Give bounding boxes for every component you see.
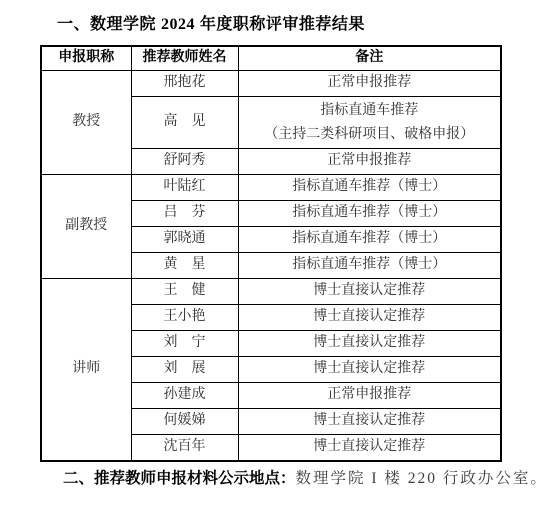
note-cell: 指标直通车推荐 （主持二类科研项目、破格申报） <box>238 97 501 149</box>
note-line-1: 指标直通车推荐 <box>239 99 501 123</box>
teacher-name-cell: 黄 星 <box>131 253 238 279</box>
note-cell: 博士直接认定推荐 <box>238 331 501 357</box>
note-cell: 正常申报推荐 <box>238 383 501 409</box>
teacher-name-cell: 王 健 <box>131 279 238 305</box>
teacher-name-cell: 孙建成 <box>131 383 238 409</box>
table-row: 讲师 王 健 博士直接认定推荐 <box>41 279 501 305</box>
column-header-teacher-name: 推荐教师姓名 <box>131 46 238 71</box>
note-cell: 指标直通车推荐（博士） <box>238 201 501 227</box>
publicity-location-line: 二、推荐教师申报材料公示地点：数理学院 I 楼 220 行政办公室。 <box>63 466 541 488</box>
position-cell-professor: 教授 <box>41 71 131 175</box>
note-cell: 博士直接认定推荐 <box>238 409 501 435</box>
teacher-name-cell: 舒阿秀 <box>131 149 238 175</box>
teacher-name-cell: 叶陆红 <box>131 175 238 201</box>
table-row: 教授 邢抱花 正常申报推荐 <box>41 71 501 97</box>
publicity-location-value: 数理学院 I 楼 220 行政办公室。 <box>296 470 541 487</box>
note-cell: 博士直接认定推荐 <box>238 279 501 305</box>
page-title-suffix: 年度职称评审推荐结果 <box>195 16 365 33</box>
note-cell: 博士直接认定推荐 <box>238 435 501 462</box>
table-header-row: 申报职称 推荐教师姓名 备注 <box>41 46 501 71</box>
note-cell: 指标直通车推荐（博士） <box>238 175 501 201</box>
note-cell: 正常申报推荐 <box>238 149 501 175</box>
teacher-name-cell: 吕 芬 <box>131 201 238 227</box>
note-cell: 指标直通车推荐（博士） <box>238 253 501 279</box>
teacher-name-cell: 刘 宁 <box>131 331 238 357</box>
document-page: 一、数理学院 2024 年度职称评审推荐结果 申报职称 推荐教师姓名 备注 教授… <box>0 0 541 506</box>
publicity-location-label: 二、推荐教师申报材料公示地点： <box>63 470 296 487</box>
recommendation-results-table: 申报职称 推荐教师姓名 备注 教授 邢抱花 正常申报推荐 高 见 指标直通车推荐… <box>40 45 502 462</box>
teacher-name-cell: 沈百年 <box>131 435 238 462</box>
position-cell-lecturer: 讲师 <box>41 279 131 462</box>
teacher-name-cell: 郭晓通 <box>131 227 238 253</box>
teacher-name-cell: 高 见 <box>131 97 238 149</box>
teacher-name-cell: 邢抱花 <box>131 71 238 97</box>
note-line-2: （主持二类科研项目、破格申报） <box>239 123 501 147</box>
note-cell: 博士直接认定推荐 <box>238 305 501 331</box>
position-cell-associate-professor: 副教授 <box>41 175 131 279</box>
teacher-name-cell: 何媛娣 <box>131 409 238 435</box>
page-title-prefix: 一、数理学院 <box>57 16 161 33</box>
table-row: 副教授 叶陆红 指标直通车推荐（博士） <box>41 175 501 201</box>
note-cell: 博士直接认定推荐 <box>238 357 501 383</box>
column-header-position: 申报职称 <box>41 46 131 71</box>
teacher-name-cell: 王小艳 <box>131 305 238 331</box>
teacher-name-cell: 刘 展 <box>131 357 238 383</box>
column-header-remarks: 备注 <box>238 46 501 71</box>
page-title: 一、数理学院 2024 年度职称评审推荐结果 <box>57 11 365 34</box>
note-cell: 正常申报推荐 <box>238 71 501 97</box>
note-cell: 指标直通车推荐（博士） <box>238 227 501 253</box>
page-title-year: 2024 <box>161 16 195 33</box>
